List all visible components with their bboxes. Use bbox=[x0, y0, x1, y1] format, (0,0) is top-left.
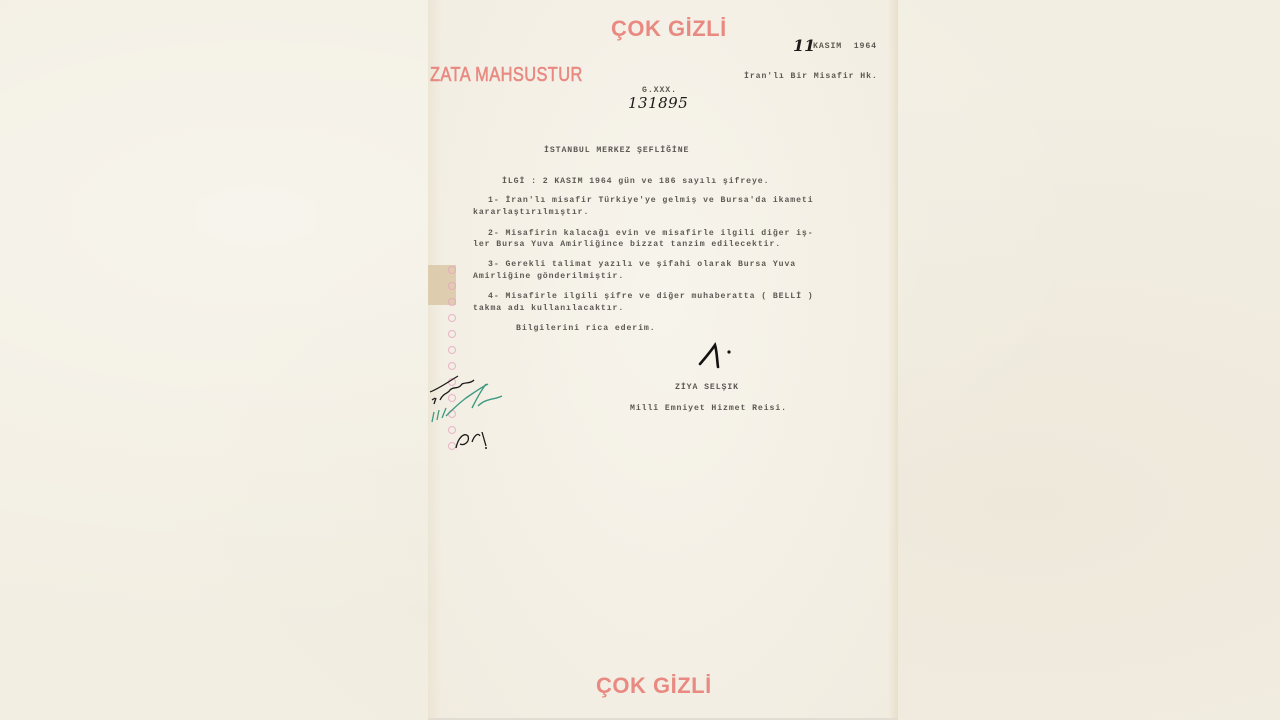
handwritten-reference-number: 131895 bbox=[628, 94, 688, 112]
punch-hole bbox=[448, 298, 456, 306]
paragraph-2-line-2: ler Bursa Yuva Amirliğince bizzat tanzim… bbox=[473, 240, 781, 249]
document-page: ÇOK GİZLİ ZATA MAHSUSTUR 11 KASIM 1964 İ… bbox=[428, 0, 898, 720]
paragraph-3-line-2: Amirliğine gönderilmiştir. bbox=[473, 272, 624, 281]
ilgi-reference: İLGİ : 2 KASIM 1964 gün ve 186 sayılı şi… bbox=[502, 177, 769, 186]
handwritten-day: 11 bbox=[793, 36, 815, 55]
paragraph-4-line-1: 4- Misafirle ilgili şifre ve diğer muhab… bbox=[488, 292, 814, 301]
paragraph-1-line-2: kararlaştırılmıştır. bbox=[473, 208, 589, 217]
classification-stamp-bottom: ÇOK GİZLİ bbox=[596, 673, 712, 699]
zata-mahsustur-stamp: ZATA MAHSUSTUR bbox=[430, 64, 583, 87]
punch-hole bbox=[448, 282, 456, 290]
handwritten-margin-notes bbox=[428, 370, 508, 455]
punch-hole bbox=[448, 314, 456, 322]
punch-hole bbox=[448, 362, 456, 370]
subject-line: İran'lı Bir Misafir Hk. bbox=[744, 72, 878, 81]
punch-hole bbox=[448, 330, 456, 338]
closing-line: Bilgilerini rica ederim. bbox=[516, 324, 656, 333]
signatory-name: ZİYA SELŞIK bbox=[675, 383, 739, 392]
punch-hole bbox=[448, 346, 456, 354]
date-month-year: KASIM 1964 bbox=[813, 42, 877, 51]
paragraph-2-line-1: 2- Misafirin kalacağı evin ve misafirle … bbox=[488, 229, 814, 238]
signature-mark bbox=[696, 340, 746, 374]
paragraph-4-line-2: takma adı kullanılacaktır. bbox=[473, 304, 624, 313]
addressee: İSTANBUL MERKEZ ŞEFLİĞİNE bbox=[544, 146, 689, 155]
paragraph-1-line-1: 1- İran'lı misafir Türkiye'ye gelmiş ve … bbox=[488, 196, 814, 205]
paragraph-3-line-1: 3- Gerekli talimat yazılı ve şifahi olar… bbox=[488, 260, 796, 269]
punch-hole bbox=[448, 266, 456, 274]
classification-stamp-top: ÇOK GİZLİ bbox=[611, 16, 727, 42]
signatory-title: Millî Emniyet Hizmet Reisi. bbox=[630, 404, 787, 413]
